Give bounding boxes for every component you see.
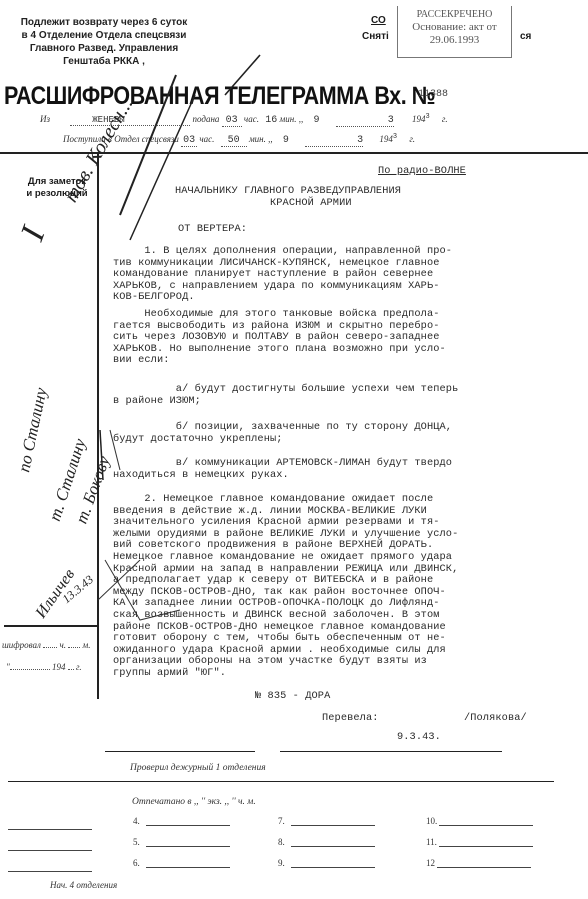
copy-number: 10. — [426, 816, 437, 826]
copy-line: 6. — [133, 858, 230, 868]
footer-rule — [8, 781, 554, 782]
translation-date: 9.3.43. — [397, 732, 441, 744]
translator-name: /Полякова/ — [464, 713, 527, 725]
copy-number: 9. — [278, 858, 285, 868]
copy-line: 8. — [278, 837, 375, 847]
footer-rule — [280, 751, 502, 752]
copy-number: 12 — [426, 858, 435, 868]
printed-copies-label: Отпечатано в ,, '' экз. ,, '' ч. м. — [132, 797, 256, 807]
copy-line-blank — [8, 841, 92, 851]
copy-number: 5. — [133, 837, 140, 847]
copy-number: 11. — [426, 837, 437, 847]
paragraph-2: Необходимые для этого танковые войска пр… — [113, 309, 446, 367]
copy-line: 12 — [426, 858, 531, 868]
pen-strokes — [0, 0, 588, 899]
condition-a: а/ будут достигнуты большие успехи чем т… — [113, 384, 458, 407]
copy-number: 8. — [278, 837, 285, 847]
agent-signature: № 835 - ДОРА — [255, 691, 330, 703]
addressee-line: КРАСНОЙ АРМИИ — [270, 198, 352, 210]
sender-line: ОТ ВЕРТЕРА: — [178, 224, 247, 236]
paragraph-1: 1. В целях дополнения операции, направле… — [113, 246, 452, 304]
copy-line-blank — [8, 862, 92, 872]
copy-line: 11. — [426, 837, 533, 847]
footer-rule — [105, 751, 255, 752]
copy-line: 4. — [133, 816, 230, 826]
paragraph-3: 2. Немецкое главное командование ожидает… — [113, 494, 458, 680]
copy-line-blank — [8, 820, 92, 830]
condition-b: б/ позиции, захваченные по ту сторону ДО… — [113, 422, 452, 445]
translated-label: Перевела: — [322, 713, 379, 725]
copy-line: 7. — [278, 816, 375, 826]
copy-number: 7. — [278, 816, 285, 826]
copy-line: 5. — [133, 837, 230, 847]
copy-line: 9. — [278, 858, 375, 868]
checked-by-label: Проверил дежурный 1 отделения — [130, 763, 266, 773]
chief-label: Нач. 4 отделения — [50, 880, 117, 890]
condition-c: в/ коммуникации АРТЕМОВСК-ЛИМАН будут тв… — [113, 458, 452, 481]
copy-line: 10. — [426, 816, 533, 826]
addressee-line: НАЧАЛЬНИКУ ГЛАВНОГО РАЗВЕДУПРАВЛЕНИЯ — [175, 186, 401, 198]
transmission-method: По радио-ВОЛНЕ — [378, 166, 466, 178]
copy-number: 6. — [133, 858, 140, 868]
copy-number: 4. — [133, 816, 140, 826]
